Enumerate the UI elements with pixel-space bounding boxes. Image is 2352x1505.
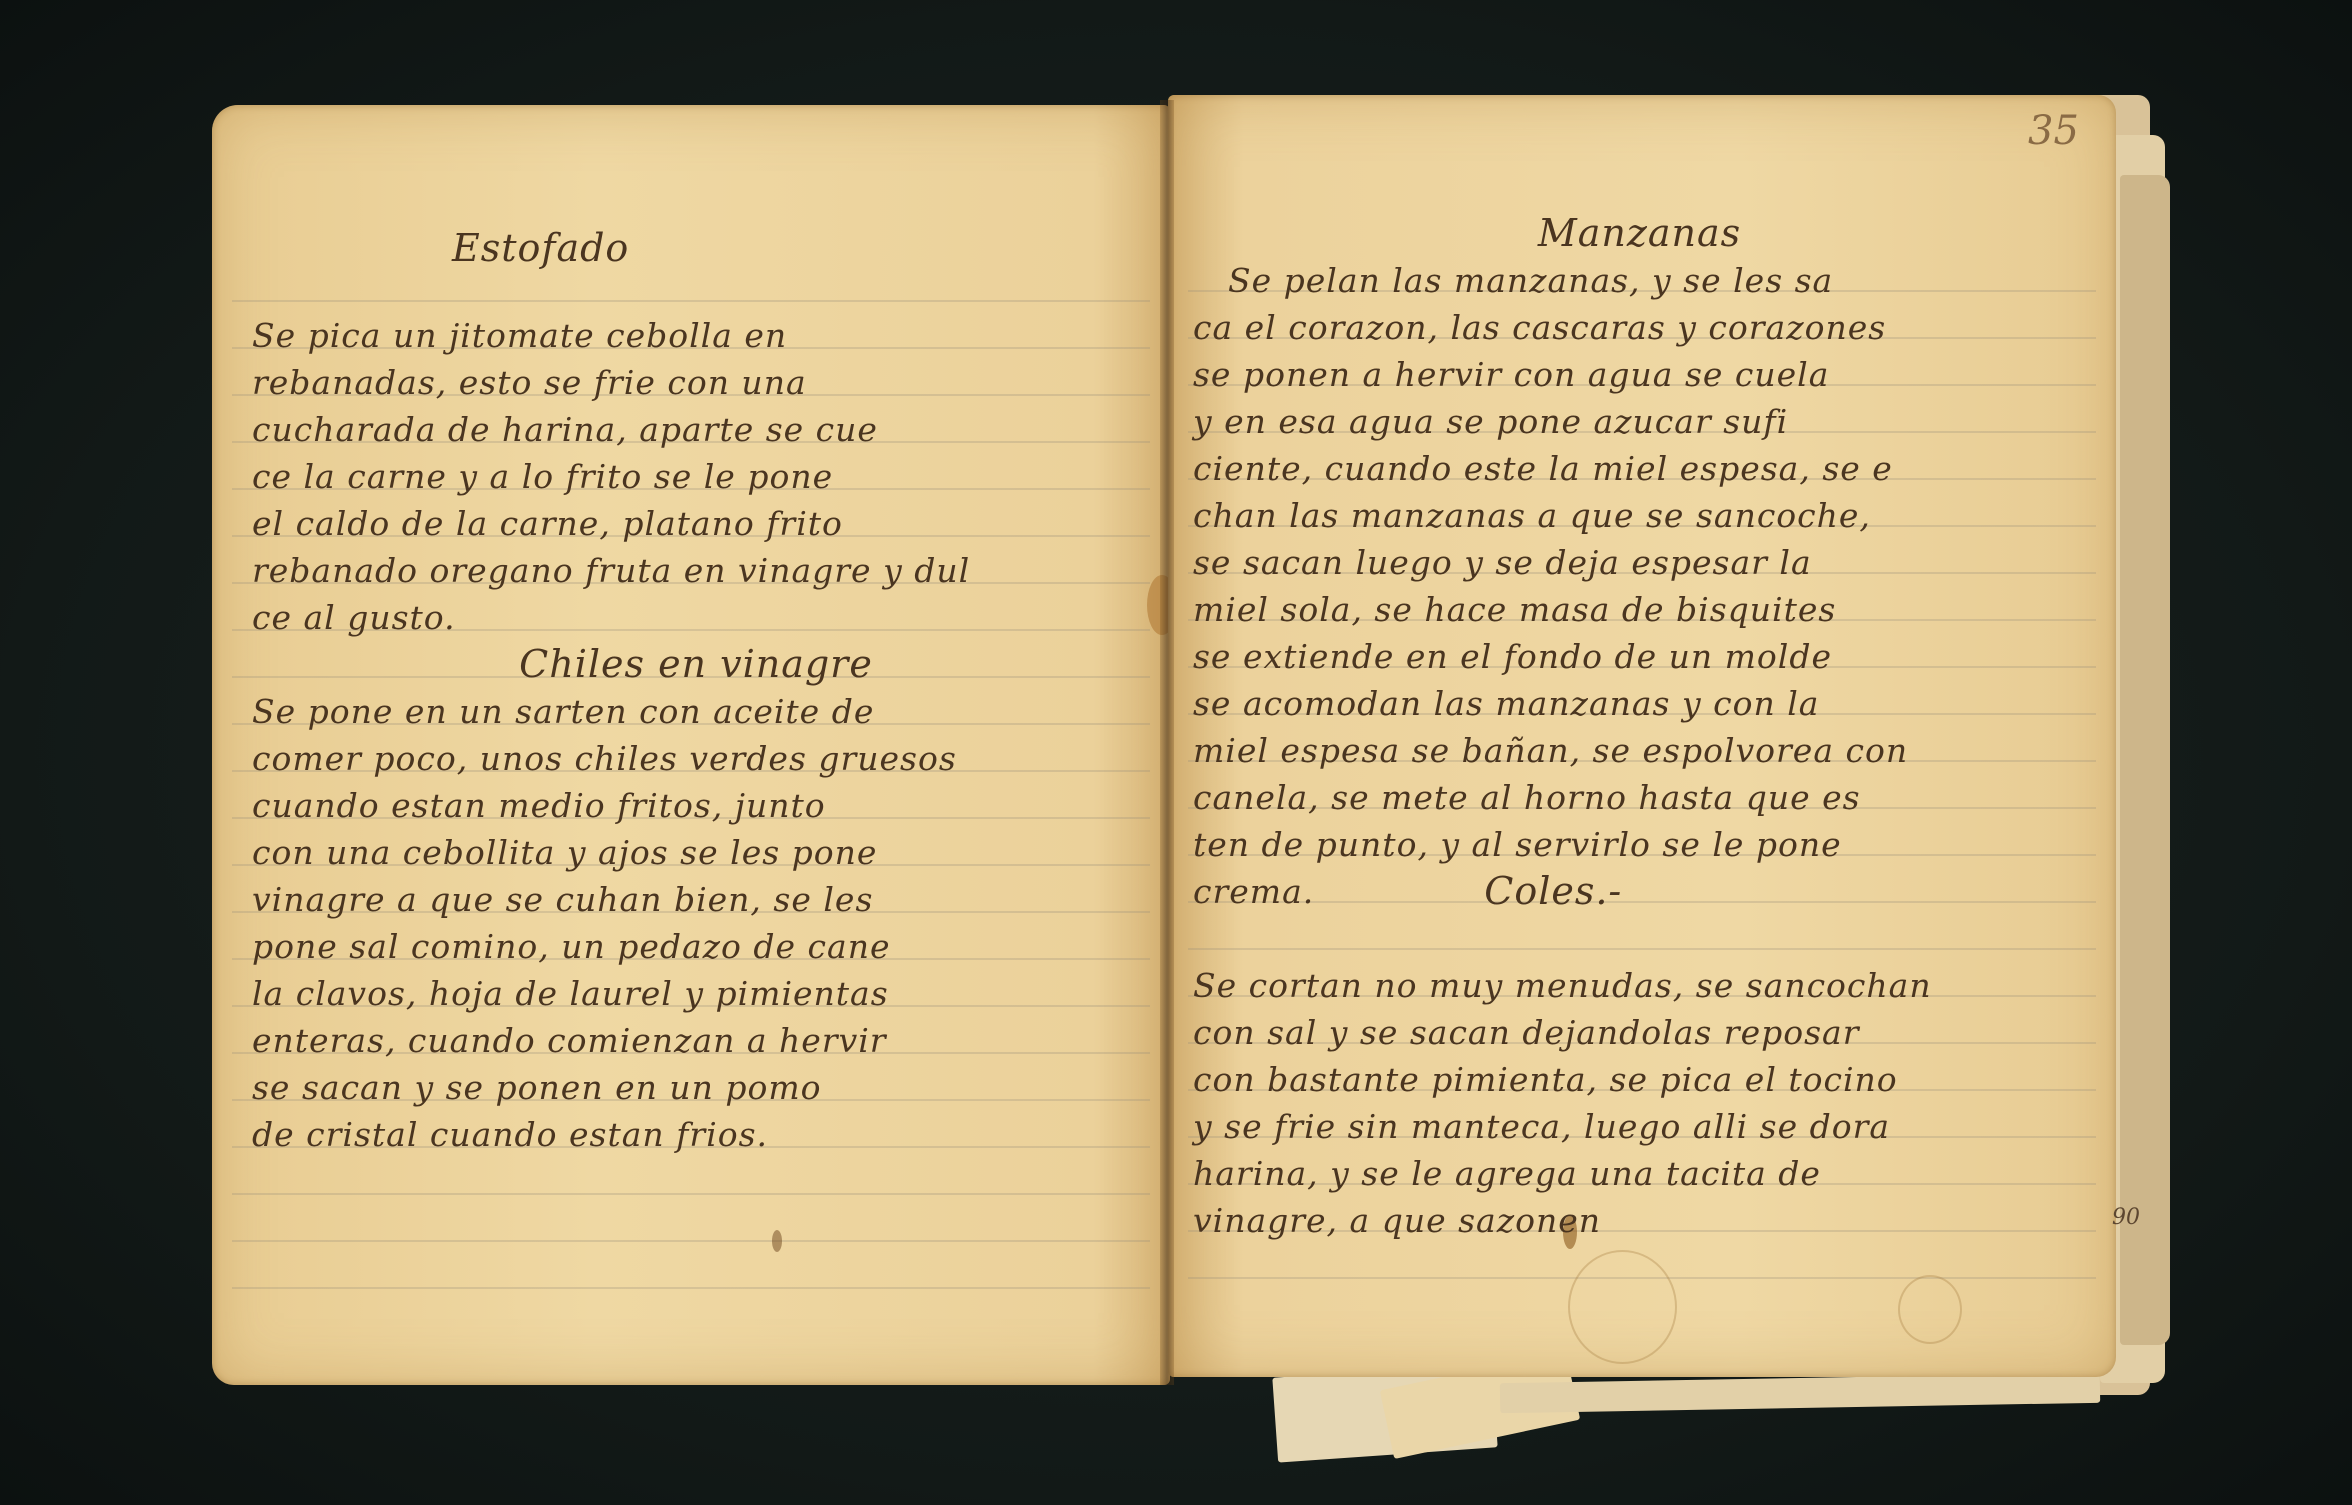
text-line: Se pica un jitomate cebolla en	[252, 312, 1140, 359]
text-line: Se cortan no muy menudas, se sancochan	[1193, 962, 2086, 1009]
text-line: crema.	[1193, 868, 1314, 915]
text-line: ciente, cuando este la miel espesa, se e	[1193, 445, 2086, 492]
text-line: Se pelan las manzanas, y se les sa	[1193, 257, 2086, 304]
text-line: ce al gusto.	[252, 594, 1140, 641]
text-line: de cristal cuando estan frios.	[252, 1111, 1140, 1158]
text-line: canela, se mete al horno hasta que es	[1193, 774, 2086, 821]
text-line: pone sal comino, un pedazo de cane	[252, 923, 1140, 970]
text-line: ca el corazon, las cascaras y corazones	[1193, 304, 2086, 351]
recipe-title: Coles.-	[1484, 868, 1622, 915]
text-line: se sacan luego y se deja espesar la	[1193, 539, 2086, 586]
text-line: chan las manzanas a que se sancoche,	[1193, 492, 2086, 539]
text-line: harina, y se le agrega una tacita de	[1193, 1150, 2086, 1197]
water-stain-ring	[1568, 1250, 1677, 1364]
text-line: con sal y se sacan dejandolas reposar	[1193, 1009, 2086, 1056]
text-line: vinagre a que se cuhan bien, se les	[252, 876, 1140, 923]
recipe-title: Manzanas	[1193, 210, 2086, 257]
page-number: 35	[2028, 108, 2079, 154]
left-page: Estofado Se pica un jitomate cebolla en …	[212, 105, 1170, 1385]
text-line: miel sola, se hace masa de bisquites	[1193, 586, 2086, 633]
margin-note: 90	[2112, 1205, 2140, 1230]
recipe-title: Estofado	[252, 225, 1140, 272]
text-line: se extiende en el fondo de un molde	[1193, 633, 2086, 680]
text-line: ten de punto, y al servirlo se le pone	[1193, 821, 2086, 868]
right-page: Manzanas Se pelan las manzanas, y se les…	[1168, 95, 2116, 1377]
text-line: y en esa agua se pone azucar sufi	[1193, 398, 2086, 445]
ink-stain	[772, 1230, 782, 1252]
text-line: rebanado oregano fruta en vinagre y dul	[252, 547, 1140, 594]
text-line: enteras, cuando comienzan a hervir	[252, 1017, 1140, 1064]
text-line: Se pone en un sarten con aceite de	[252, 688, 1140, 735]
book-spine-gutter	[1160, 100, 1174, 1385]
text-line: miel espesa se bañan, se espolvorea con	[1193, 727, 2086, 774]
text-line: rebanadas, esto se frie con una	[252, 359, 1140, 406]
text-line: cuando estan medio fritos, junto	[252, 782, 1140, 829]
water-stain-ring	[1898, 1275, 1962, 1344]
text-line: con bastante pimienta, se pica el tocino	[1193, 1056, 2086, 1103]
recipe-title: Chiles en vinagre	[252, 641, 1140, 688]
text-line: con una cebollita y ajos se les pone	[252, 829, 1140, 876]
left-page-text: Estofado Se pica un jitomate cebolla en …	[252, 225, 1140, 1158]
text-line: se acomodan las manzanas y con la	[1193, 680, 2086, 727]
text-line: el caldo de la carne, platano frito	[252, 500, 1140, 547]
right-page-text: Manzanas Se pelan las manzanas, y se les…	[1193, 210, 2086, 1244]
text-line: vinagre, a que sazonen	[1193, 1197, 2086, 1244]
text-line: comer poco, unos chiles verdes gruesos	[252, 735, 1140, 782]
text-line: ce la carne y a lo frito se le pone	[252, 453, 1140, 500]
text-line: se sacan y se ponen en un pomo	[252, 1064, 1140, 1111]
text-line: cucharada de harina, aparte se cue	[252, 406, 1140, 453]
text-line: y se frie sin manteca, luego alli se dor…	[1193, 1103, 2086, 1150]
text-line: se ponen a hervir con agua se cuela	[1193, 351, 2086, 398]
text-line: la clavos, hoja de laurel y pimientas	[252, 970, 1140, 1017]
